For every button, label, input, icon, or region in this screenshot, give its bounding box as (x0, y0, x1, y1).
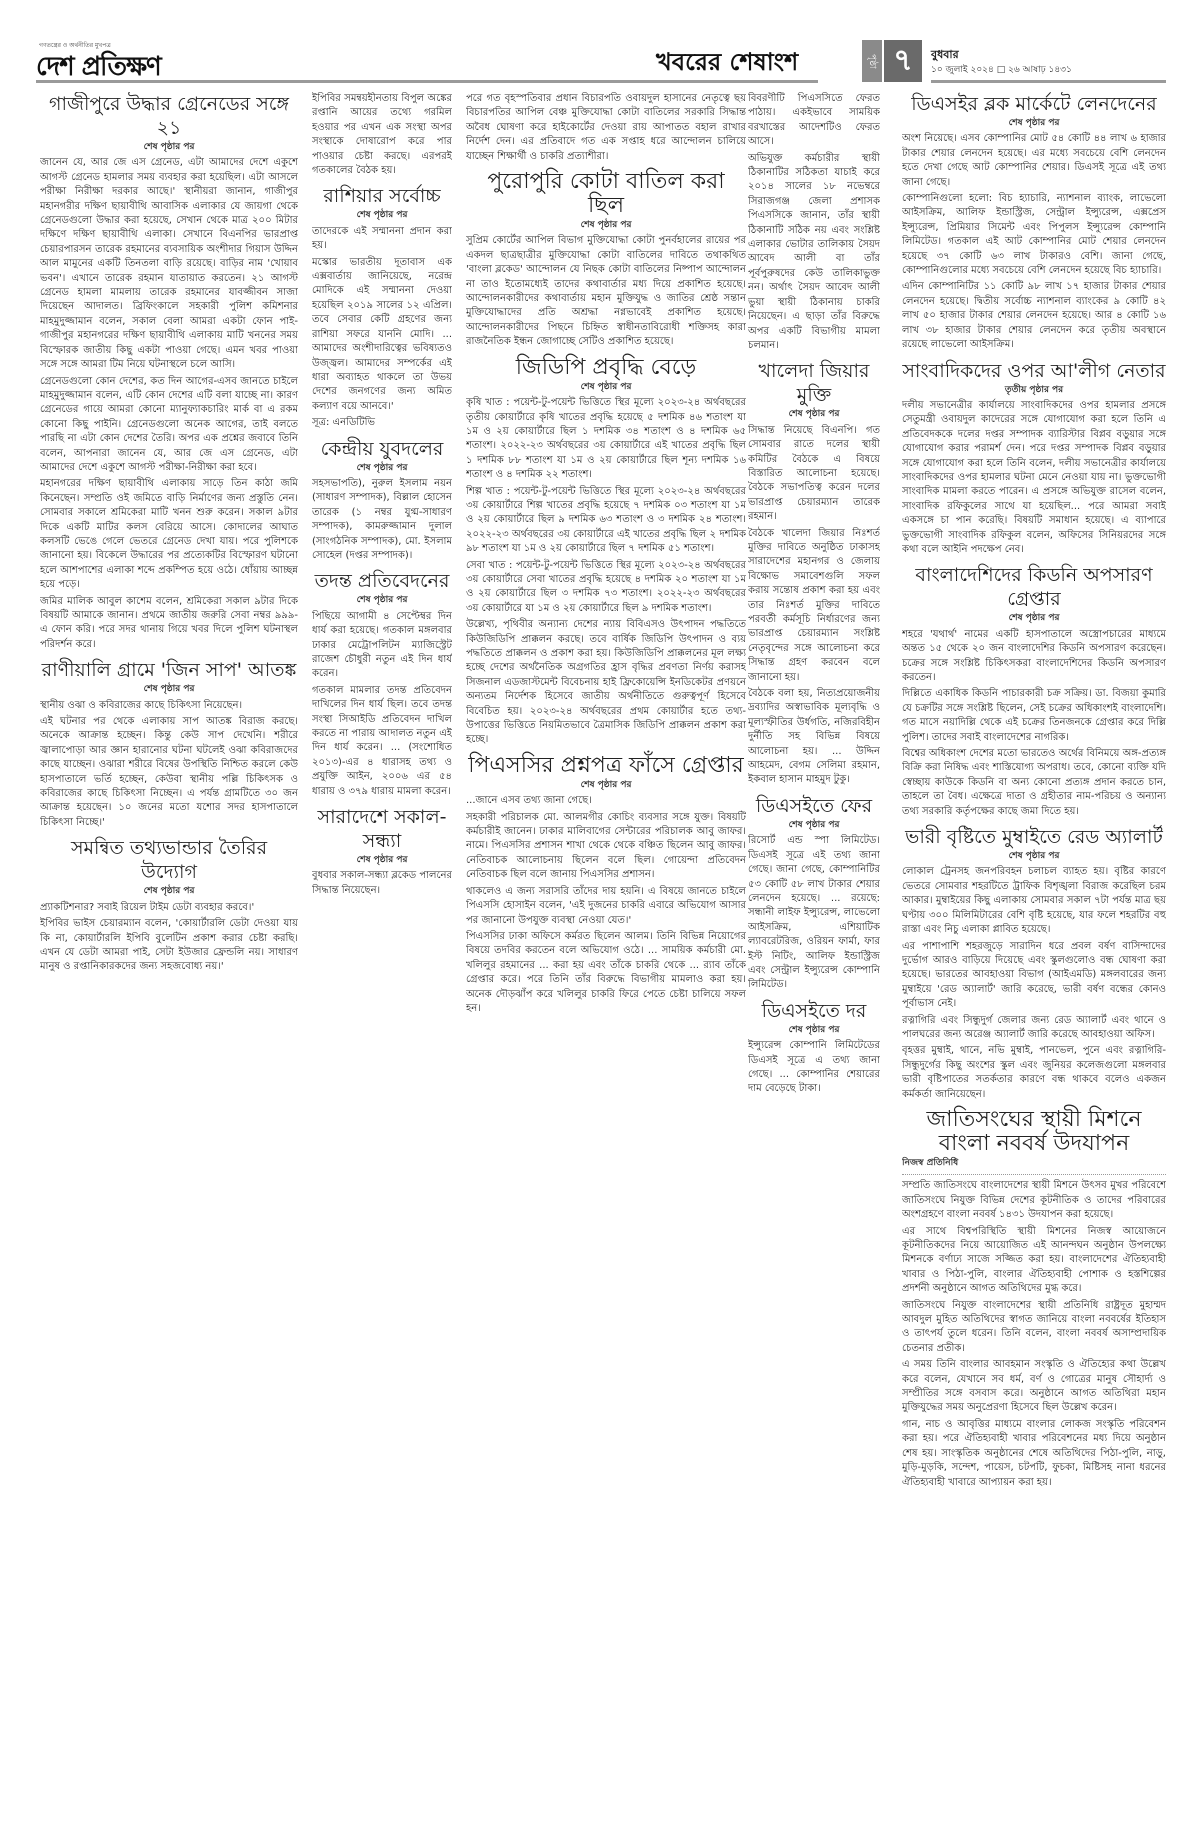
article-quota-intro[interactable]: পরে গত বৃহস্পতিবার প্রধান বিচারপতি ওবায়… (466, 92, 746, 164)
paragraph: শহরে 'যথার্থ' নামের একটি হাসপাতালে অস্ত্… (902, 628, 1166, 686)
article-database[interactable]: সমন্বিত তথ্যভান্ডার তৈরির উদ্যোগ শেষ পৃষ… (40, 836, 298, 974)
article-quota[interactable]: পুরোপুরি কোটা বাতিল করা ছিল শেষ পৃষ্ঠার … (466, 170, 746, 350)
headline: বাংলাদেশিদের কিডনি অপসারণ গ্রেপ্তার (902, 563, 1166, 611)
paragraph: কৃষি খাত : পয়েন্ট-টু-পয়েন্ট ভিত্তিতে স… (466, 396, 746, 482)
continued-label: শেষ পৃষ্ঠার পর (902, 611, 1166, 625)
paragraph: সেবা খাত : পয়েন্ট-টু-পয়েন্ট ভিত্তিতে স… (466, 559, 746, 617)
paragraph: এর পাশাপাশি শহরজুড়ে সারাদিন ধরে প্রবল ব… (902, 940, 1166, 1012)
paragraph: জানেন যে, আর জে এস গ্রেনেড, এটা আমাদের দ… (40, 156, 298, 372)
page-number: ৭ (884, 40, 922, 82)
divider (902, 1174, 1166, 1175)
headline: রাশিয়ার সর্বোচ্চ (312, 184, 452, 208)
continued-label: শেষ পৃষ্ঠার পর (748, 407, 880, 421)
paragraph: থাকলেও এ জন্য সরাসরি তাঁদের দায় হয়নি। … (466, 885, 746, 928)
column-2: ইপিবির সমন্বয়হীনতায় বিপুল অঙ্কের রপ্তা… (312, 92, 452, 1837)
paragraph: জমির মালিক আবুল কাশেম বলেন, শ্রমিকেরা সক… (40, 595, 298, 653)
article-dse-block[interactable]: ডিএসইর ব্লক মার্কেটে লেনদেনের শেষ পৃষ্ঠা… (902, 92, 1166, 353)
paragraph: দলীয় সভানেত্রীর কার্যালয়ে সাংবাদিকদের … (902, 399, 1166, 557)
paragraph: স্থানীয় ওঝা ও কবিরাজের কাছে চিকিৎসা নিয… (40, 699, 298, 713)
continued-label: শেষ পৃষ্ঠার পর (466, 380, 746, 394)
continued-label: শেষ পৃষ্ঠার পর (902, 116, 1166, 130)
headline: ডিএসইতে ফের (748, 794, 880, 818)
continued-label: শেষ পৃষ্ঠার পর (466, 778, 746, 792)
paragraph: দিল্লিতে একাধিক কিডনি পাচারকারী চক্র সক্… (902, 687, 1166, 745)
continued-label: তৃতীয় পৃষ্ঠার পর (902, 383, 1166, 397)
article-awami-league[interactable]: সাংবাদিকদের ওপর আ'লীগ নেতার তৃতীয় পৃষ্ঠ… (902, 359, 1166, 558)
paragraph: ...জানে এসব তথ্য জানা গেছে। (466, 794, 746, 808)
paragraph: ইপিবির ভাইস চেয়ারম্যান বলেন, 'কোয়ার্টা… (40, 917, 298, 975)
paragraph: অভিযুক্ত কর্মচারীর স্থায়ী ঠিকানাটির সঠি… (748, 152, 880, 354)
article-psc-continued[interactable]: বিবরণীটি পিএসসিতে ফেরত পাঠায়। একইভাবে স… (748, 92, 880, 353)
article-psc-leak[interactable]: পিএসসির প্রশ্নপত্র ফাঁসে গ্রেপ্তার শেষ প… (466, 754, 746, 1017)
headline: খালেদা জিয়ার মুক্তি (748, 359, 880, 407)
article-gdp[interactable]: জিডিপি প্রবৃদ্ধি বেড়ে শেষ পৃষ্ঠার পর কৃ… (466, 356, 746, 748)
article-epb-intro[interactable]: ইপিবির সমন্বয়হীনতায় বিপুল অঙ্কের রপ্তা… (312, 92, 452, 178)
headline: সারাদেশে সকাল-সন্ধ্যা (312, 805, 452, 853)
article-mumbai[interactable]: ভারী বৃষ্টিতে মুম্বাইতে রেড অ্যালার্ট শে… (902, 825, 1166, 1102)
paragraph: জাতিসংঘে নিযুক্ত বাংলাদেশের স্থায়ী প্রত… (902, 1299, 1166, 1357)
paragraph: উল্লেখ্য, পৃথিবীর অন্যান্য দেশের ন্যায় … (466, 618, 746, 748)
paragraph: এ সময় তিনি বাংলার আবহমান সংস্কৃতি ও ঐতি… (902, 1358, 1166, 1416)
page-label: পৃষ্ঠা (862, 40, 882, 82)
continued-label: শেষ পৃষ্ঠার পর (40, 682, 298, 696)
column-1: গাজীপুরে উদ্ধার গ্রেনেডের সঙ্গে ২১ শেষ প… (40, 92, 298, 1837)
paragraph: অংশ নিয়েছে। এসব কোম্পানির মোট ৫৪ কোটি ৪… (902, 132, 1166, 190)
continued-label: শেষ পৃষ্ঠার পর (40, 140, 298, 154)
article-kidney[interactable]: বাংলাদেশিদের কিডনি অপসারণ গ্রেপ্তার শেষ … (902, 563, 1166, 819)
column-4: বিবরণীটি পিএসসিতে ফেরত পাঠায়। একইভাবে স… (748, 92, 880, 1837)
article-un-mission[interactable]: জাতিসংঘের স্থায়ী মিশনে বাংলা নববর্ষ উদয… (902, 1108, 1166, 1490)
paragraph: লোকাল ট্রেনসহ জনপরিবহন চলাচল ব্যাহত হয়।… (902, 865, 1166, 937)
column-5: ডিএসইর ব্লক মার্কেটে লেনদেনের শেষ পৃষ্ঠা… (902, 92, 1166, 1837)
article-russia[interactable]: রাশিয়ার সর্বোচ্চ শেষ পৃষ্ঠার পর তাদেরকে… (312, 184, 452, 430)
headline: পিএসসির প্রশ্নপত্র ফাঁসে গ্রেপ্তার (466, 754, 746, 778)
headline: পুরোপুরি কোটা বাতিল করা ছিল (466, 170, 746, 218)
paragraph: বৃহত্তর মুম্বাই, থানে, নভি মুম্বাই, পানভ… (902, 1044, 1166, 1102)
paragraph: গতকাল মামলার তদন্ত প্রতিবেদন দাখিলের দিন… (312, 684, 452, 799)
paragraph: রিসোর্ট এন্ড স্পা লিমিটেড।ডিএসই সূত্রে এ… (748, 834, 880, 992)
paragraph: পরে গত বৃহস্পতিবার প্রধান বিচারপতি ওবায়… (466, 92, 746, 164)
paragraph: কোম্পানিগুলো হলো: বিচ হ্যাচারি, ন্যাশনাল… (902, 192, 1166, 278)
headline: কেন্দ্রীয় যুবদলের (312, 437, 452, 461)
paragraph: মহানগরের দক্ষিণ ছায়াবীথি এলাকায় সাড়ে … (40, 477, 298, 592)
headline: সাংবাদিকদের ওপর আ'লীগ নেতার (902, 359, 1166, 383)
continued-label: শেষ পৃষ্ঠার পর (312, 593, 452, 607)
section-title: খবরের শেষাংশ (656, 44, 798, 84)
paragraph: এর সাথে বিশ্বপরিস্থিতি স্থায়ী মিশনের নি… (902, 1225, 1166, 1297)
paragraph: প্র্যাকটিশনার? সবাই রিয়েল টাইম ডেটা ব্য… (40, 901, 298, 915)
paragraph: গ্রেনেডগুলো কোন দেশের, কত দিন আগের-এসব জ… (40, 375, 298, 476)
continued-label: শেষ পৃষ্ঠার পর (312, 461, 452, 475)
paragraph: বৈঠকে বলা হয়, নিত্যপ্রয়োজনীয় দ্রব্যাদ… (748, 687, 880, 788)
paragraph: গান, নাচ ও আবৃত্তির মাধ্যমে বাংলার লোকজ … (902, 1418, 1166, 1490)
source-note: সূত্র: এনডিটিভি (312, 416, 452, 430)
paragraph: পিএসসির ঢাকা অফিসে কর্মরত ছিলেন আলম। তিন… (466, 930, 746, 1016)
article-gazipur-grenade[interactable]: গাজীপুরে উদ্ধার গ্রেনেডের সঙ্গে ২১ শেষ প… (40, 92, 298, 652)
date-full: ১০ জুলাই ২০২৪ □ ২৬ আষাঢ় ১৪৩১ (931, 62, 1072, 77)
headline: ডিএসইর ব্লক মার্কেটে লেনদেনের (902, 92, 1166, 116)
article-khaleda[interactable]: খালেদা জিয়ার মুক্তি শেষ পৃষ্ঠার পর সিদ্… (748, 359, 880, 788)
byline: নিজস্ব প্রতিনিধি (902, 1156, 1166, 1170)
newspaper-logo[interactable]: দেশ প্রতিক্ষণ (36, 46, 161, 90)
headline: জিডিপি প্রবৃদ্ধি বেড়ে (466, 356, 746, 380)
continued-label: শেষ পৃষ্ঠার পর (748, 1023, 880, 1037)
paragraph: রত্নাগিরি এবং সিন্ধুদুর্গ জেলার জন্য রেড… (902, 1014, 1166, 1043)
paragraph: ইন্স্যুরেন্স কোম্পানি লিমিটেডের ডিএসই সূ… (748, 1039, 880, 1097)
paragraph: বিবরণীটি পিএসসিতে ফেরত পাঠায়। একইভাবে স… (748, 92, 880, 150)
article-sarades[interactable]: সারাদেশে সকাল-সন্ধ্যা শেষ পৃষ্ঠার পর বুধ… (312, 805, 452, 898)
paragraph: তাদেরকে এই সম্মাননা প্রদান করা হয়। (312, 225, 452, 254)
paragraph: সম্প্রতি জাতিসংঘে বাংলাদেশের স্থায়ী মিশ… (902, 1179, 1166, 1222)
article-dse-fer[interactable]: ডিএসইতে ফের শেষ পৃষ্ঠার পর রিসোর্ট এন্ড … (748, 794, 880, 993)
paragraph: এই ঘটনার পর থেকে এলাকায় সাপ আতঙ্ক বিরাজ… (40, 715, 298, 830)
paragraph: বিশ্বের অধিকাংশ দেশের মতো ভারতেও অর্থের … (902, 747, 1166, 819)
headline: জাতিসংঘের স্থায়ী মিশনে বাংলা নববর্ষ উদয… (902, 1108, 1166, 1156)
continued-label: শেষ পৃষ্ঠার পর (312, 853, 452, 867)
paragraph: বৈঠকে খালেদা জিয়ার নিঃশর্ত মুক্তির দাবি… (748, 527, 880, 685)
article-dse-dor[interactable]: ডিএসইতে দর শেষ পৃষ্ঠার পর ইন্স্যুরেন্স ক… (748, 999, 880, 1097)
paragraph: ইপিবির সমন্বয়হীনতায় বিপুল অঙ্কের রপ্তা… (312, 92, 452, 178)
paragraph: বুধবার সকাল-সন্ধ্যা ব্লকেড পালনের সিদ্ধা… (312, 869, 452, 898)
paragraph: মস্কোর ভারতীয় দূতাবাস এক এক্সবার্তায় জ… (312, 256, 452, 414)
column-3: পরে গত বৃহস্পতিবার প্রধান বিচারপতি ওবায়… (466, 92, 746, 1837)
masthead: গণতন্ত্রের ও অর্থনীতির মুখপত্র দেশ প্রতি… (36, 40, 1166, 82)
paragraph: শিল্প খাত : পয়েন্ট-টু-পয়েন্ট ভিত্তিতে … (466, 485, 746, 557)
paragraph: সহকারী পরিচালক মো. আলমগীর কোচিং ব্যবসার … (466, 811, 746, 883)
continued-label: শেষ পৃষ্ঠার পর (902, 849, 1166, 863)
paragraph: সহসভাপতি), নুরুল ইসলাম নয়ন (সাধারণ সম্প… (312, 477, 452, 563)
paragraph: সুপ্রিম কোর্টের আপিল বিভাগ মুক্তিযোদ্ধা … (466, 234, 746, 349)
headline: ডিএসইতে দর (748, 999, 880, 1023)
paragraph: পিছিয়ে আগামী ৪ সেপ্টেম্বর দিন ধার্য করা… (312, 610, 452, 682)
article-jin-snake[interactable]: রাণীয়ালি গ্রামে 'জিন সাপ' আতঙ্ক শেষ পৃষ… (40, 658, 298, 830)
continued-label: শেষ পৃষ্ঠার পর (40, 884, 298, 898)
article-investigation[interactable]: তদন্ত প্রতিবেদনের শেষ পৃষ্ঠার পর পিছিয়ে… (312, 569, 452, 799)
headline: তদন্ত প্রতিবেদনের (312, 569, 452, 593)
continued-label: শেষ পৃষ্ঠার পর (312, 208, 452, 222)
headline: সমন্বিত তথ্যভান্ডার তৈরির উদ্যোগ (40, 836, 298, 884)
headline: রাণীয়ালি গ্রামে 'জিন সাপ' আতঙ্ক (40, 658, 298, 682)
article-jubo-dal[interactable]: কেন্দ্রীয় যুবদলের শেষ পৃষ্ঠার পর সহসভাপ… (312, 437, 452, 564)
headline: ভারী বৃষ্টিতে মুম্বাইতে রেড অ্যালার্ট (902, 825, 1166, 849)
header-rule-right (931, 80, 1166, 83)
continued-label: শেষ পৃষ্ঠার পর (466, 218, 746, 232)
headline: গাজীপুরে উদ্ধার গ্রেনেডের সঙ্গে ২১ (40, 92, 298, 140)
continued-label: শেষ পৃষ্ঠার পর (748, 818, 880, 832)
paragraph: এদিন কোম্পানিটির ১১ কোটি ৯৮ লাখ ১৭ হাজার… (902, 280, 1166, 352)
paragraph: সিদ্ধান্ত নিয়েছে বিএনপি। গত সোমবার রাতে… (748, 424, 880, 525)
